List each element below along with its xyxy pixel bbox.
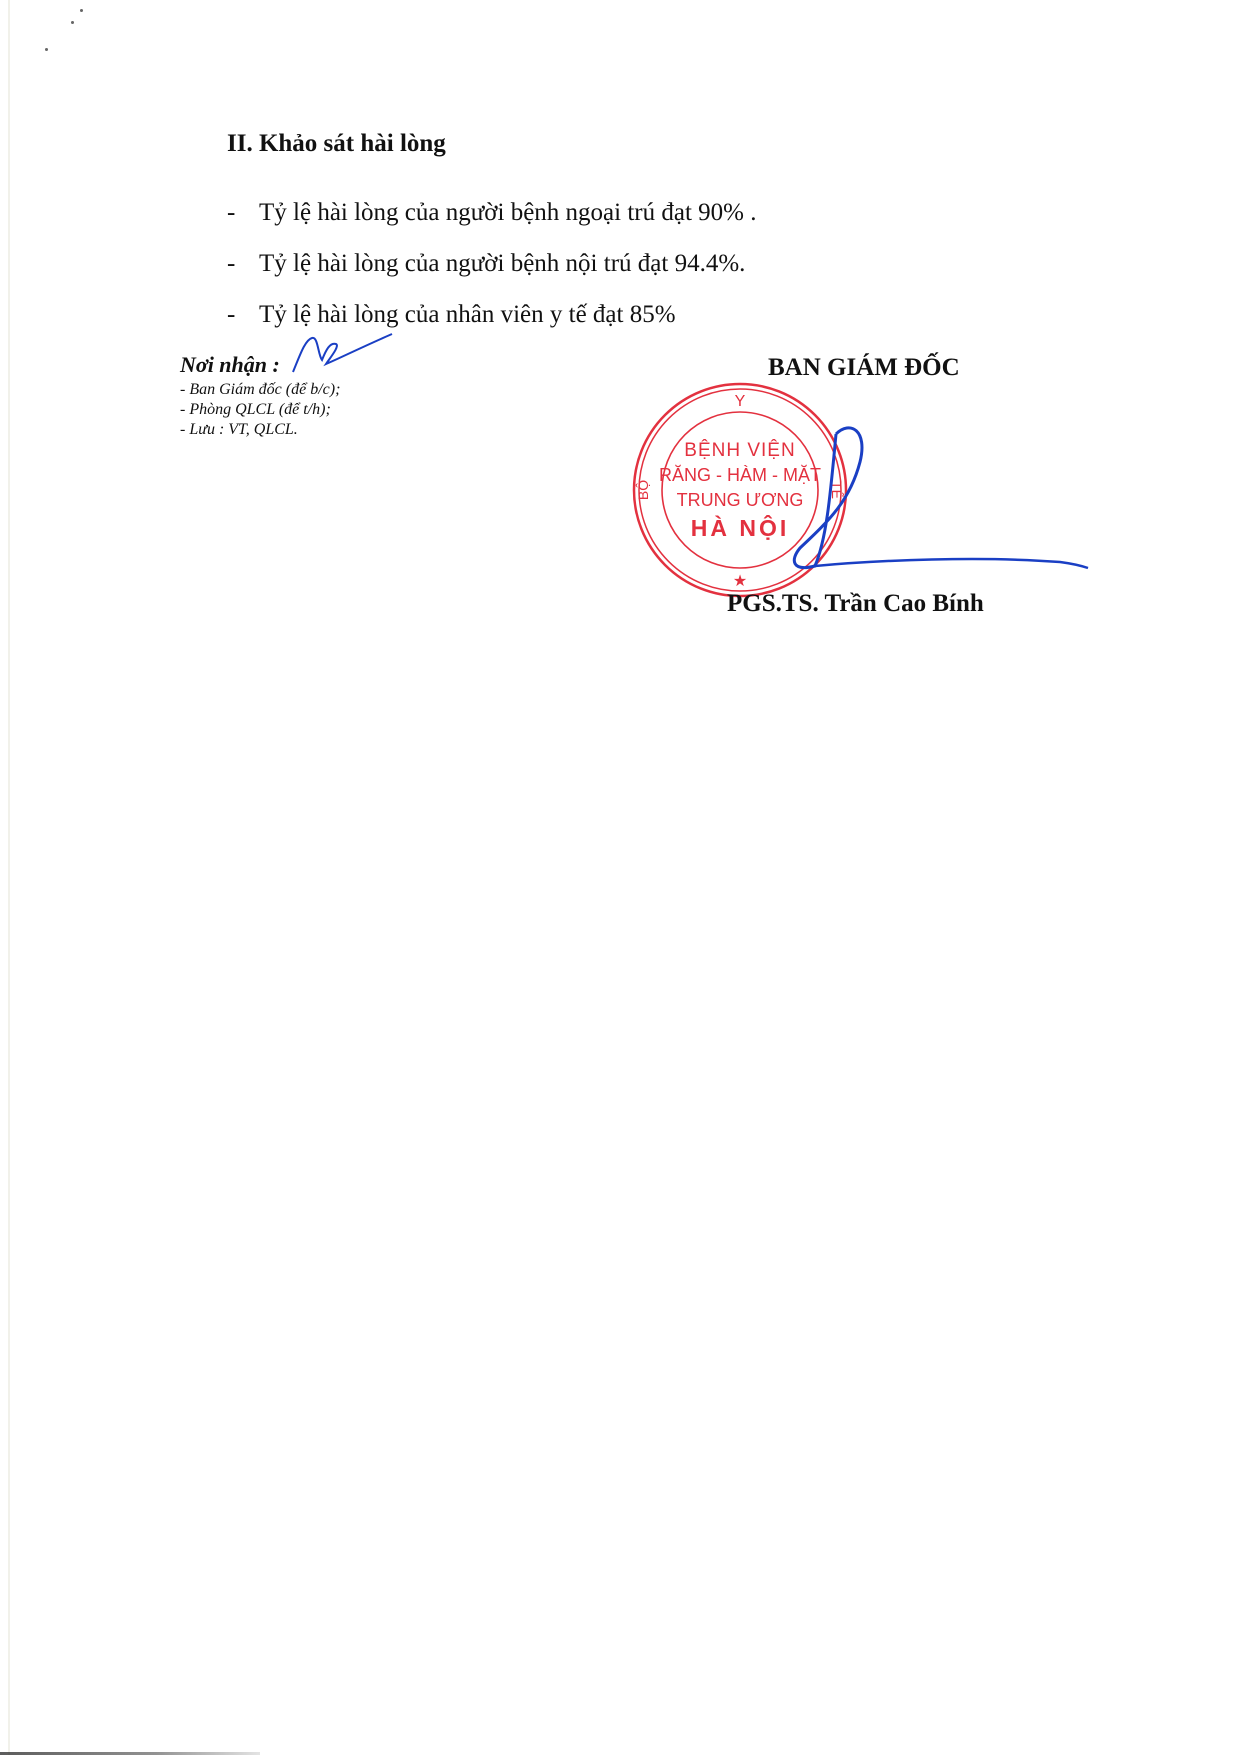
section-title: II. Khảo sát hài lòng	[227, 130, 446, 158]
list-item: - Tỷ lệ hài lòng của nhân viên y tế đạt …	[227, 300, 757, 351]
recipient-item: - Phòng QLCL (để t/h);	[180, 400, 340, 420]
list-item: - Tỷ lệ hài lòng của người bệnh ngoại tr…	[227, 198, 757, 249]
bullet-dash: -	[227, 198, 259, 249]
list-item-text: Tỷ lệ hài lòng của nhân viên y tế đạt 85…	[259, 300, 676, 351]
stamp-line: BỆNH VIỆN	[630, 440, 850, 462]
survey-results-list: - Tỷ lệ hài lòng của người bệnh ngoại tr…	[227, 198, 757, 351]
recipients-title: Nơi nhận :	[180, 352, 340, 378]
recipient-item: - Lưu : VT, QLCL.	[180, 420, 340, 440]
signature-title: BAN GIÁM ĐỐC	[768, 354, 960, 382]
scan-speck	[45, 48, 48, 51]
list-item: - Tỷ lệ hài lòng của người bệnh nội trú …	[227, 249, 757, 300]
bullet-dash: -	[227, 300, 259, 351]
recipient-item: - Ban Giám đốc (để b/c);	[180, 380, 340, 400]
scan-speck	[80, 9, 83, 12]
signer-name: PGS.TS. Trần Cao Bính	[727, 590, 984, 618]
scan-speck	[71, 21, 74, 24]
stamp-line: RĂNG - HÀM - MẶT	[630, 465, 850, 486]
official-stamp: Y BỘ TẾ ★ BỆNH VIỆN RĂNG - HÀM - MẶT TRU…	[630, 380, 850, 600]
scan-edge	[8, 0, 10, 1755]
svg-text:Y: Y	[735, 393, 746, 410]
stamp-line: TRUNG ƯƠNG	[630, 490, 850, 511]
list-item-text: Tỷ lệ hài lòng của người bệnh ngoại trú …	[259, 198, 757, 249]
recipients-block: Nơi nhận : - Ban Giám đốc (để b/c); - Ph…	[180, 352, 340, 440]
stamp-line: HÀ NỘI	[630, 515, 850, 542]
bullet-dash: -	[227, 249, 259, 300]
svg-text:★: ★	[733, 573, 747, 590]
list-item-text: Tỷ lệ hài lòng của người bệnh nội trú đạ…	[259, 249, 745, 300]
